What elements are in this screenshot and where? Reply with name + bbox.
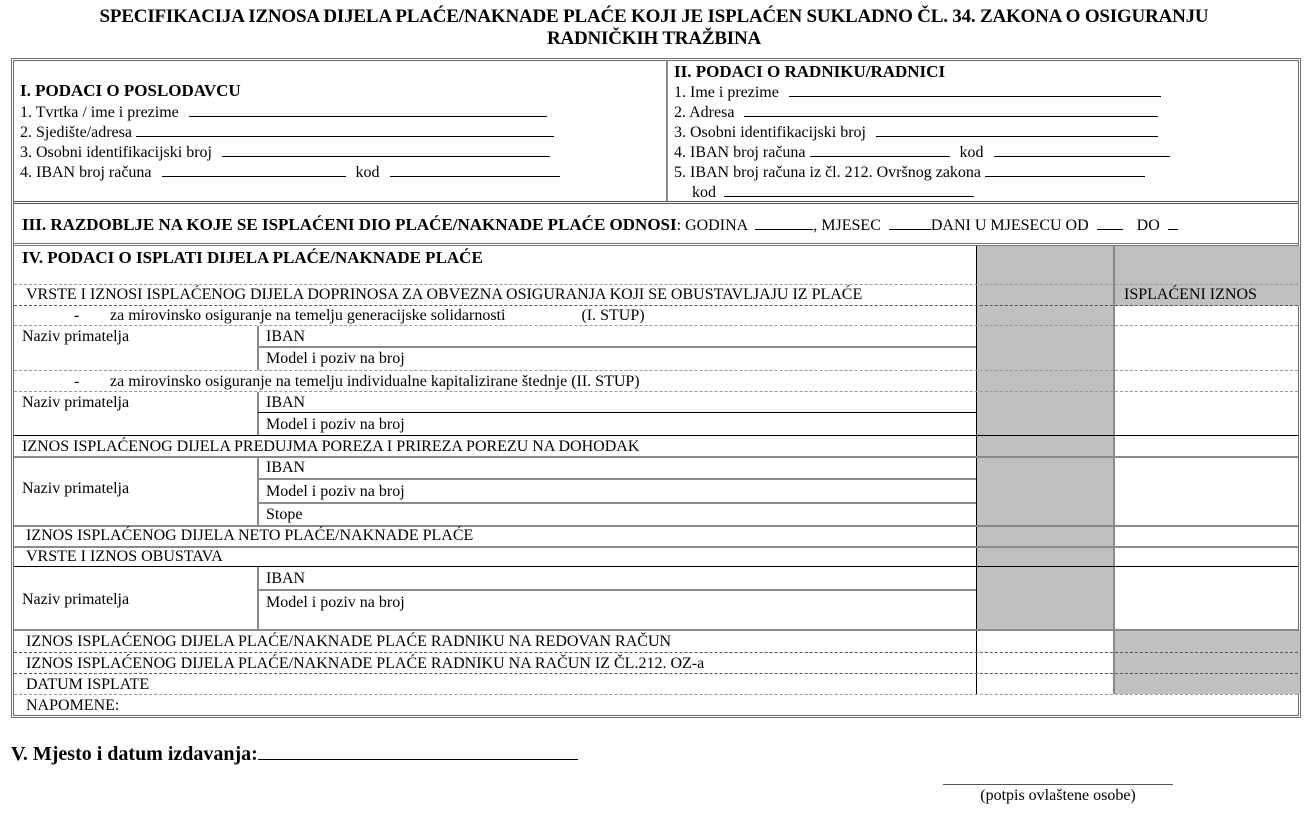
recipient-divider-2 — [257, 392, 259, 436]
employer-address-row: 2. Sjedište/adresa — [20, 122, 554, 143]
period-to-field[interactable] — [1168, 215, 1178, 230]
regular-account-amount-field[interactable] — [978, 631, 1113, 651]
form-title: SPECIFIKACIJA IZNOSA DIJELA PLAĆE/NAKNAD… — [0, 6, 1308, 50]
tax-iban-label: IBAN — [266, 458, 305, 478]
employee-kod212-label: kod — [692, 184, 716, 201]
row-line — [258, 346, 976, 348]
pillar1-label: za mirovinsko osiguranje na temelju gene… — [110, 307, 505, 324]
row-line — [14, 435, 1298, 436]
pillar2-recipient-label: Naziv primatelja — [22, 393, 129, 413]
tax-heading: IZNOS ISPLAĆENOG DIJELA PREDUJMA POREZA … — [22, 437, 639, 457]
row-line — [258, 412, 976, 413]
pillar2-label: za mirovinsko osiguranje na temelju indi… — [110, 373, 640, 390]
period-to-label: DO — [1137, 217, 1160, 234]
row-line — [14, 370, 1298, 371]
pillar2-dash: - — [22, 372, 110, 392]
row-line — [258, 502, 976, 504]
amount-column-header: ISPLAĆENI IZNOS — [1124, 285, 1257, 305]
issue-place-date-field[interactable] — [258, 741, 578, 760]
employee-address-label: 2. Adresa — [674, 104, 734, 121]
employee-kod212-row: kod — [692, 182, 974, 203]
employer-address-label: 2. Sjedište/adresa — [20, 124, 132, 141]
period-year-field[interactable] — [755, 215, 813, 230]
payment-heading: IV. PODACI O ISPLATI DIJELA PLAĆE/NAKNAD… — [22, 248, 483, 268]
row-line — [258, 478, 976, 480]
shaded-column-middle — [977, 246, 1114, 629]
pillar2-model-label: Model i poziv na broj — [266, 415, 405, 435]
employee-heading: II. PODACI O RADNIKU/RADNICI — [674, 62, 945, 82]
deductions-model-label: Model i poziv na broj — [266, 593, 405, 613]
row-line — [258, 589, 976, 591]
payment-date-field[interactable] — [978, 674, 1113, 694]
period-from-field[interactable] — [1097, 215, 1123, 230]
pillar1-dash: - — [22, 306, 110, 326]
employer-name-label: 1. Tvrtka / ime i prezime — [20, 104, 179, 121]
row-line — [14, 325, 1298, 326]
pillar1-iban-label: IBAN — [266, 327, 305, 347]
employee-address-row: 2. Adresa — [674, 102, 1158, 123]
employee-oib-row: 3. Osobni identifikacijski broj — [674, 122, 1158, 143]
pillar1-model-label: Model i poziv na broj — [266, 349, 405, 369]
employee-iban212-label: 5. IBAN broj računa iz čl. 212. Ovršnog … — [674, 164, 981, 181]
tax-model-label: Model i poziv na broj — [266, 482, 405, 502]
net-heading: IZNOS ISPLAĆENOG DIJELA NETO PLAĆE/NAKNA… — [26, 526, 473, 546]
employee-address-field[interactable] — [744, 102, 1158, 117]
employee-iban-label: 4. IBAN broj računa — [674, 144, 806, 161]
section-period: III. RAZDOBLJE NA KOJE SE ISPLAĆENI DIO … — [22, 215, 1178, 236]
art212-account-label: IZNOS ISPLAĆENOG DIJELA PLAĆE/NAKNADE PL… — [26, 654, 704, 674]
recipient-divider-3 — [257, 457, 259, 526]
tax-recipient-label: Naziv primatelja — [22, 479, 129, 499]
form-title-line1: SPECIFIKACIJA IZNOSA DIJELA PLAĆE/NAKNAD… — [0, 6, 1308, 28]
column-divider-2 — [1113, 246, 1115, 694]
pillar1-tag: (I. STUP) — [581, 307, 644, 324]
notes-label: NAPOMENE: — [26, 696, 119, 716]
tax-amount-field[interactable] — [1116, 436, 1298, 456]
employer-iban-label: 4. IBAN broj računa — [20, 164, 152, 181]
section-issue-place-date: V. Mjesto i datum izdavanja: — [11, 741, 578, 766]
employee-name-row: 1. Ime i prezime — [674, 82, 1161, 103]
recipient-divider-4 — [257, 567, 259, 629]
period-heading: III. RAZDOBLJE NA KOJE SE ISPLAĆENI DIO … — [22, 215, 677, 234]
divider-after-sections-1-2 — [14, 201, 1298, 204]
signature-label: (potpis ovlaštene osobe) — [943, 787, 1173, 805]
employee-kod-label: kod — [960, 144, 984, 161]
employee-kod-field[interactable] — [994, 142, 1170, 157]
employer-name-row: 1. Tvrtka / ime i prezime — [20, 102, 547, 123]
pillar2-iban-label: IBAN — [266, 393, 305, 413]
employee-oib-label: 3. Osobni identifikacijski broj — [674, 124, 866, 141]
pillar1-row: -za mirovinsko osiguranje na temelju gen… — [22, 306, 645, 326]
employer-oib-label: 3. Osobni identifikacijski broj — [20, 144, 212, 161]
regular-account-label: IZNOS ISPLAĆENOG DIJELA PLAĆE/NAKNADE PL… — [26, 632, 671, 652]
pillar2-row: -za mirovinsko osiguranje na temelju ind… — [22, 372, 640, 392]
employer-iban-row: 4. IBAN broj računa kod — [20, 162, 560, 183]
employee-name-label: 1. Ime i prezime — [674, 84, 779, 101]
employee-name-field[interactable] — [789, 82, 1161, 97]
employee-kod212-field[interactable] — [724, 182, 974, 197]
shaded-amount-bottom — [1114, 631, 1300, 694]
recipient-divider-1 — [257, 326, 259, 370]
form-title-line2: RADNIČKIH TRAŽBINA — [0, 28, 1308, 50]
employee-oib-field[interactable] — [876, 122, 1158, 137]
period-month-field[interactable] — [889, 215, 931, 230]
employer-kod-label: kod — [356, 164, 380, 181]
deductions-recipient-label: Naziv primatelja — [22, 590, 129, 610]
row-line — [14, 391, 1298, 392]
signature-line[interactable] — [943, 784, 1173, 785]
employer-oib-row: 3. Osobni identifikacijski broj — [20, 142, 550, 163]
net-amount-field[interactable] — [1116, 527, 1298, 546]
employee-iban-field[interactable] — [810, 142, 950, 157]
payment-date-label: DATUM ISPLATE — [26, 675, 149, 695]
issue-place-date-label: V. Mjesto i datum izdavanja: — [11, 743, 258, 765]
notes-field[interactable] — [130, 695, 1298, 715]
art212-amount-field[interactable] — [978, 653, 1113, 673]
employee-iban212-row: 5. IBAN broj računa iz čl. 212. Ovršnog … — [674, 162, 1145, 183]
employer-kod-field[interactable] — [390, 162, 560, 177]
employee-iban-row: 4. IBAN broj računa kod — [674, 142, 1170, 163]
deductions-iban-label: IBAN — [266, 569, 305, 589]
employer-address-field[interactable] — [136, 122, 554, 137]
employer-name-field[interactable] — [189, 102, 547, 117]
employer-iban-field[interactable] — [162, 162, 346, 177]
contributions-heading: VRSTE I IZNOSI ISPLAĆENOG DIJELA DOPRINO… — [26, 285, 862, 305]
pillars-amount-field[interactable] — [1116, 326, 1298, 434]
employer-heading: I. PODACI O POSLODAVCU — [20, 81, 241, 101]
period-month-label: , MJESEC — [813, 217, 881, 234]
period-year-label: : GODINA — [677, 217, 748, 234]
row-line — [14, 566, 1298, 567]
tax-rates-label: Stope — [266, 505, 302, 525]
divider-sections-1-2 — [666, 61, 668, 201]
deductions-heading: VRSTE I IZNOS OBUSTAVA — [26, 547, 223, 567]
pillar1-recipient-label: Naziv primatelja — [22, 327, 129, 347]
row-line — [14, 456, 1298, 458]
period-days-label: DANI U MJESECU OD — [931, 217, 1089, 234]
column-divider-1 — [976, 246, 977, 694]
employee-iban212-field[interactable] — [985, 162, 1145, 177]
employer-oib-field[interactable] — [222, 142, 550, 157]
